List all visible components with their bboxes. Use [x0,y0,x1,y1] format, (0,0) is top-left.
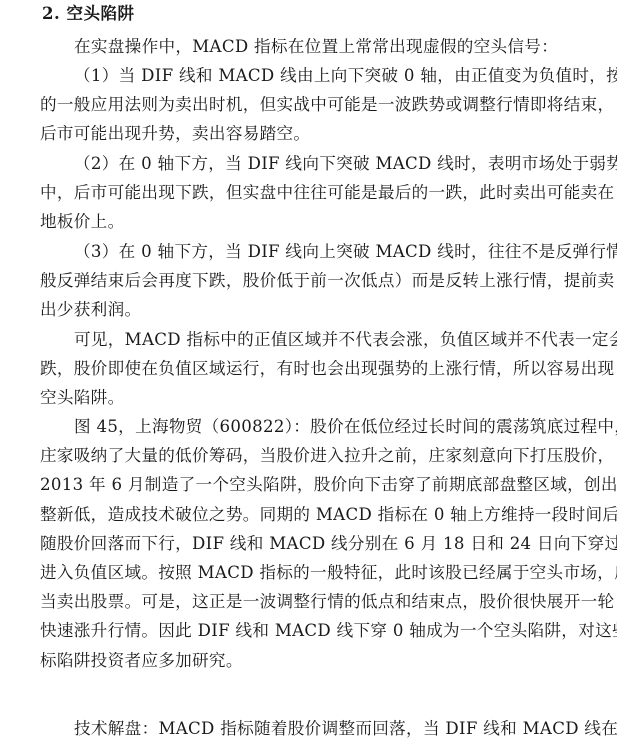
text-line: 标陷阱投资者应多加研究。 [6,646,612,675]
text-line: 后市可能出现升势，卖出容易踏空。 [6,119,612,148]
text-line: （3）在 0 轴下方，当 DIF 线向上突破 MACD 线时，往往不是反弹行情（… [6,237,612,266]
section-heading: 2. 空头陷阱 [42,2,134,26]
text-line: 整新低，造成技术破位之势。同期的 MACD 指标在 0 轴上方维持一段时间后， [6,500,612,529]
text-line: 般反弹结束后会再度下跌，股价低于前一次低点）而是反转上涨行情，提前卖 [6,266,612,295]
text-line: （2）在 0 轴下方，当 DIF 线向下突破 MACD 线时，表明市场处于弱势之 [6,149,612,178]
text-line: 当卖出股票。可是，这正是一波调整行情的低点和结束点，股价很快展开一轮 [6,587,612,616]
paragraph-technical-analysis: 技术解盘：MACD 指标随着股价调整而回落，当 DIF 线和 MACD 线在向下 [6,714,612,738]
text-line: 进入负值区域。按照 MACD 指标的一般特征，此时该股已经属于空头市场，应 [6,558,612,587]
text-line: 2013 年 6 月制造了一个空头陷阱，股价向下击穿了前期底部盘整区域，创出调 [6,470,612,499]
text-line: 可见，MACD 指标中的正值区域并不代表会涨，负值区域并不代表一定会 [6,325,612,354]
text-line: 在实盘操作中，MACD 指标在位置上常常出现虚假的空头信号： [6,32,612,61]
text-line: 地板价上。 [6,207,612,236]
text-line: 中，后市可能出现下跌，但实盘中往往可能是最后的一跌，此时卖出可能卖在 [6,178,612,207]
text-line: 图 45，上海物贸（600822）：股价在低位经过长时间的震荡筑底过程中， [6,412,612,441]
text-line: 快速涨升行情。因此 DIF 线和 MACD 线下穿 0 轴成为一个空头陷阱，对这… [6,616,612,645]
text-line: 空头陷阱。 [6,383,612,412]
paragraph-point-1: （1）当 DIF 线和 MACD 线由上向下突破 0 轴，由正值变为负值时，按指… [6,61,612,149]
text-line: 庄家吸纳了大量的低价筹码，当股价进入拉升之前，庄家刻意向下打压股价， [6,441,612,470]
text-line: 技术解盘：MACD 指标随着股价调整而回落，当 DIF 线和 MACD 线在向下 [6,714,612,738]
text-line: 跌，股价即使在负值区域运行，有时也会出现强势的上涨行情，所以容易出现 [6,354,612,383]
text-line: 的一般应用法则为卖出时机，但实战中可能是一波跌势或调整行情即将结束， [6,90,612,119]
text-line: （1）当 DIF 线和 MACD 线由上向下突破 0 轴，由正值变为负值时，按指… [6,61,612,90]
paragraph-intro: 在实盘操作中，MACD 指标在位置上常常出现虚假的空头信号： [6,32,612,61]
paragraph-summary: 可见，MACD 指标中的正值区域并不代表会涨，负值区域并不代表一定会 跌，股价即… [6,325,612,413]
text-line: 出少获利润。 [6,295,612,324]
paragraph-figure-45-case: 图 45，上海物贸（600822）：股价在低位经过长时间的震荡筑底过程中， 庄家… [6,412,612,675]
paragraph-point-2: （2）在 0 轴下方，当 DIF 线向下突破 MACD 线时，表明市场处于弱势之… [6,149,612,237]
paragraph-point-3: （3）在 0 轴下方，当 DIF 线向上突破 MACD 线时，往往不是反弹行情（… [6,237,612,325]
text-line: 随股价回落而下行，DIF 线和 MACD 线分别在 6 月 18 日和 24 日… [6,529,612,558]
